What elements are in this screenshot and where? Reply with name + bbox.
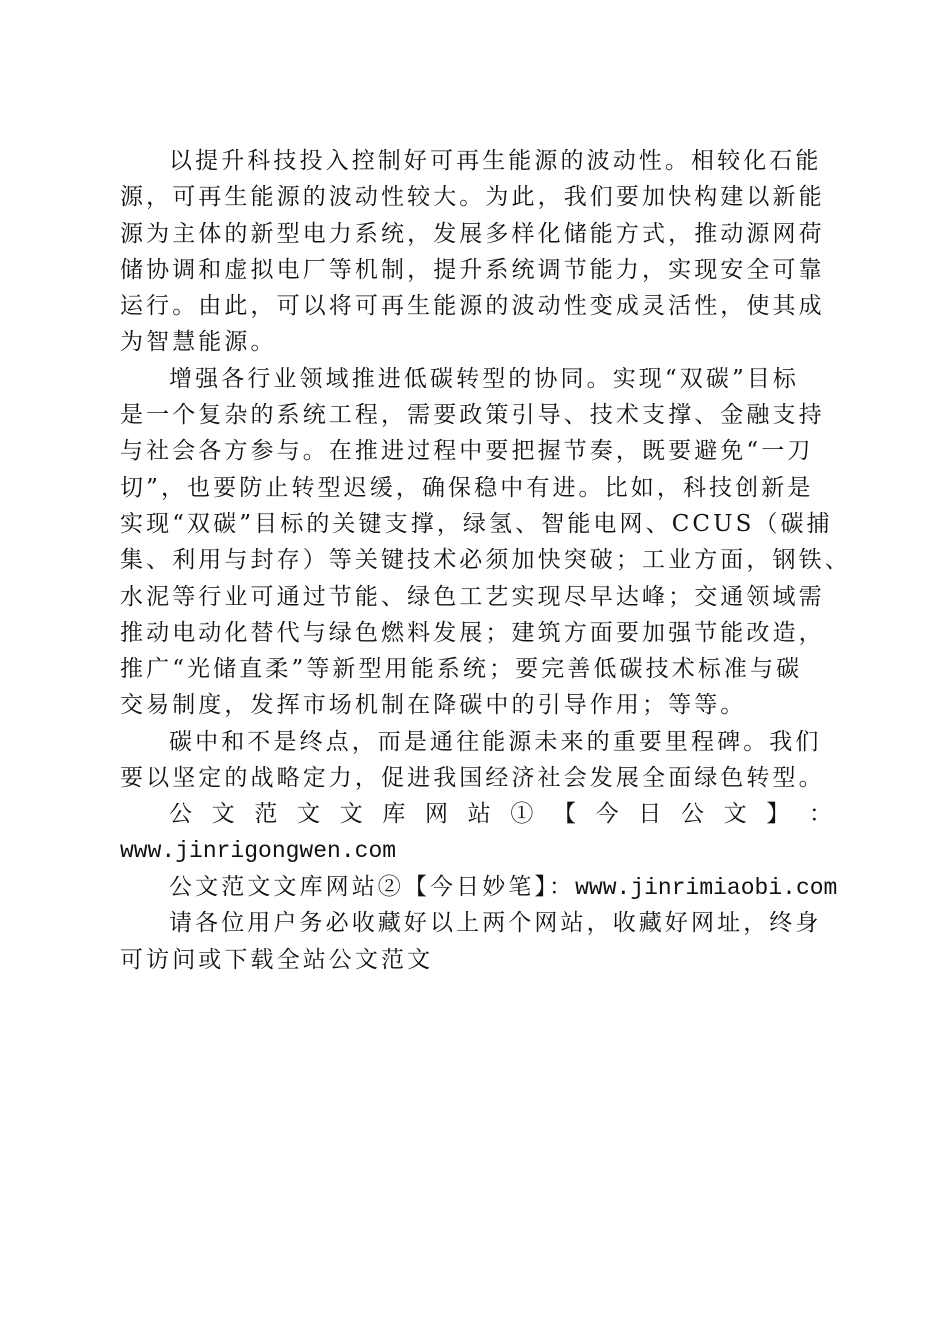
site1-url-link[interactable]: www.jinrigongwen.com (120, 833, 832, 869)
text-line: 实现“双碳”目标的关键支撑，绿氢、智能电网、CCUS（碳捕 (120, 506, 832, 542)
text-line: 运行。由此，可以将可再生能源的波动性变成灵活性，使其成 (120, 288, 832, 324)
site2-label: 公文范文文库网站②【今日妙笔】： (169, 874, 575, 900)
text-line: 以提升科技投入控制好可再生能源的波动性。相较化石能 (120, 143, 832, 179)
text-line: 切”，也要防止转型迟缓，确保稳中有进。比如，科技创新是 (120, 470, 832, 506)
text-line: 是一个复杂的系统工程，需要政策引导、技术支撑、金融支持 (120, 397, 832, 433)
text-line: 储协调和虚拟电厂等机制，提升系统调节能力，实现安全可靠 (120, 252, 832, 288)
text-line: 源为主体的新型电力系统，发展多样化储能方式，推动源网荷 (120, 216, 832, 252)
notice-line: 请各位用户务必收藏好以上两个网站，收藏好网址，终身 (120, 905, 832, 941)
notice-line: 可访问或下载全站公文范文 (120, 942, 832, 978)
text-line: 水泥等行业可通过节能、绿色工艺实现尽早达峰；交通领域需 (120, 579, 832, 615)
text-line: 碳中和不是终点，而是通往能源未来的重要里程碑。我们 (120, 724, 832, 760)
text-line: 增强各行业领域推进低碳转型的协同。实现“双碳”目标 (120, 361, 832, 397)
text-line: 与社会各方参与。在推进过程中要把握节奏，既要避免“一刀 (120, 433, 832, 469)
text-line: 推广“光储直柔”等新型用能系统；要完善低碳技术标准与碳 (120, 651, 832, 687)
site1-label: 公 文 范 文 文 库 网 站 ① 【 今 日 公 文 】 ： (120, 796, 832, 832)
text-line: 为智慧能源。 (120, 324, 832, 360)
text-line: 集、利用与封存）等关键技术必须加快突破；工业方面，钢铁、 (120, 542, 832, 578)
text-line: 源，可再生能源的波动性较大。为此，我们要加快构建以新能 (120, 179, 832, 215)
text-line: 推动电动化替代与绿色燃料发展；建筑方面要加强节能改造， (120, 615, 832, 651)
paragraph-industry-coordination: 增强各行业领域推进低碳转型的协同。实现“双碳”目标 是一个复杂的系统工程，需要政… (120, 361, 832, 724)
site2-line: 公文范文文库网站②【今日妙笔】：www.jinrimiaobi.com (120, 869, 832, 905)
site2-url-link[interactable]: www.jinrimiaobi.com (575, 875, 837, 901)
paragraph-conclusion: 碳中和不是终点，而是通往能源未来的重要里程碑。我们 要以坚定的战略定力，促进我国… (120, 724, 832, 797)
text-line: 要以坚定的战略定力，促进我国经济社会发展全面绿色转型。 (120, 760, 832, 796)
document-page: 以提升科技投入控制好可再生能源的波动性。相较化石能 源，可再生能源的波动性较大。… (120, 143, 832, 978)
paragraph-renewable-energy: 以提升科技投入控制好可再生能源的波动性。相较化石能 源，可再生能源的波动性较大。… (120, 143, 832, 361)
site-notice: 公 文 范 文 文 库 网 站 ① 【 今 日 公 文 】 ： www.jinr… (120, 796, 832, 977)
text-line: 交易制度，发挥市场机制在降碳中的引导作用；等等。 (120, 687, 832, 723)
